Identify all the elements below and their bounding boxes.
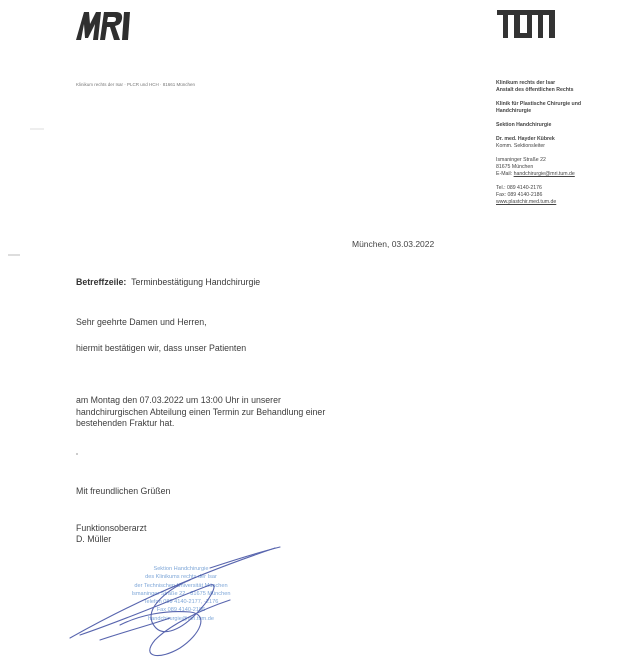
clinic-name-cont: Handchirurgie — [496, 108, 620, 115]
salutation: Sehr geehrte Damen und Herren, — [76, 317, 207, 327]
email-link[interactable]: handchirurgie@mri.tum.de — [514, 171, 575, 177]
section-name: Sektion Handchirurgie — [496, 122, 620, 129]
website-link[interactable]: www.plastchir.med.tum.de — [496, 199, 620, 206]
head-name: Dr. med. Hayder Kübrek — [496, 136, 620, 143]
closing: Mit freundlichen Grüßen — [76, 486, 170, 496]
handwritten-signature — [60, 540, 290, 666]
scan-speck — [76, 453, 78, 455]
institution-legal-form: Anstalt des öffentlichen Rechts — [496, 87, 620, 94]
scan-speck — [30, 128, 44, 130]
tum-logo — [497, 10, 555, 38]
scan-speck — [8, 254, 20, 256]
intro-sentence: hiermit bestätigen wir, dass unser Patie… — [76, 343, 246, 353]
institution-info: Klinikum rechts der Isar Anstalt des öff… — [496, 80, 620, 213]
head-role: Komm. Sektionsleiter — [496, 143, 620, 150]
mri-logo — [76, 8, 136, 42]
fax: Fax: 089 4140-2186 — [496, 192, 620, 199]
clinic-name: Klinik für Plastische Chirurgie und — [496, 101, 620, 108]
subject-text: Terminbestätigung Handchirurgie — [131, 277, 260, 287]
sender-return-address: Klinikum rechts der Isar · PLCR und HCH … — [76, 82, 195, 87]
subject-line: Betreffzeile: Terminbestätigung Handchir… — [76, 277, 260, 287]
institution-name: Klinikum rechts der Isar — [496, 80, 620, 87]
body-line: bestehenden Fraktur hat. — [76, 418, 436, 430]
email-label: E-Mail: — [496, 171, 512, 177]
subject-label: Betreffzeile: — [76, 277, 126, 287]
street-address: Ismaninger Straße 22 — [496, 157, 620, 164]
telephone: Tel.: 089 4140-2176 — [496, 185, 620, 192]
body-line: handchirurgischen Abteilung einen Termin… — [76, 407, 436, 419]
letter-date: München, 03.03.2022 — [352, 239, 434, 249]
signer-role: Funktionsoberarzt — [76, 523, 146, 534]
body-line: am Montag den 07.03.2022 um 13:00 Uhr in… — [76, 395, 436, 407]
letter-body: am Montag den 07.03.2022 um 13:00 Uhr in… — [76, 395, 436, 430]
city-address: 81675 München — [496, 164, 620, 171]
